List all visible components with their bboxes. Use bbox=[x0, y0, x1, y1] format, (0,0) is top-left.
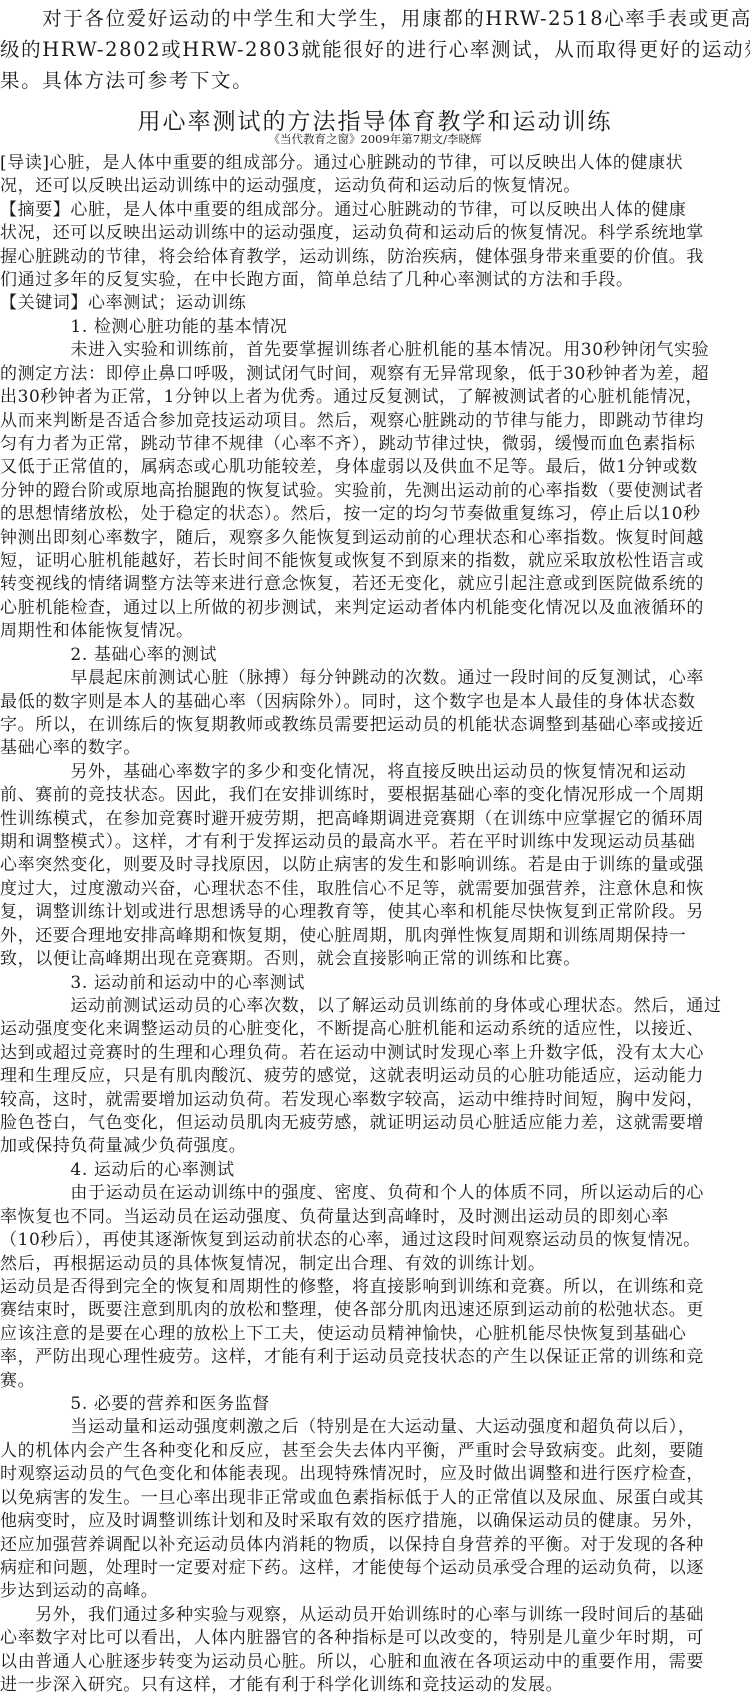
body-line: 步达到运动的高峰。 bbox=[0, 1578, 158, 1604]
body-line: 未进入实验和训练前，首先要掌握训练者心脏机能的基本情况。用30秒钟闭气实验 bbox=[0, 337, 709, 363]
body-line: 加或保持负荷量减少负荷强度。 bbox=[0, 1133, 246, 1159]
body-line: 心脏机能检查，通过以上所做的初步测试，来判定运动者体内机能变化情况以及血液循环的 bbox=[0, 595, 704, 621]
body-line: 由于运动员在运动训练中的强度、密度、负荷和个人的体质不同，所以运动后的心 bbox=[0, 1180, 704, 1206]
body-line: 然后，再根据运动员的具体恢复情况，制定出合理、有效的训练计划。 bbox=[0, 1251, 546, 1277]
body-line: 【关键词】心率测试；运动训练 bbox=[0, 290, 246, 316]
body-line: 性训练模式，在参加竞赛时避开疲劳期，把高峰期调进竞赛期（在训练中应掌握它的循环周 bbox=[0, 806, 704, 832]
body-line: 短，证明心脏机能越好，若长时间不能恢复或恢复不到原来的指数，就应采取放松性语言或 bbox=[0, 548, 704, 574]
body-line: 赛结束时，既要注意到肌肉的放松和整理，使各部分肌肉迅速还原到运动前的松弛状态。更 bbox=[0, 1297, 704, 1323]
body-line: 理和生理反应，只是有肌肉酸沉、疲劳的感觉，这就表明运动员的心脏功能适应，运动能力 bbox=[0, 1063, 704, 1089]
body-line: 从而来判断是否适合参加竞技运动项目。然后，观察心脏跳动的节律与能力，即跳动节律均 bbox=[0, 408, 704, 434]
body-line: 时观察运动员的气色变化和体能表现。出现特殊情况时，应及时做出调整和进行医疗检查， bbox=[0, 1461, 704, 1487]
body-line: 匀有力者为正常，跳动节律不规律（心率不齐），跳动节律过快，微弱，缓慢而血色素指标 bbox=[0, 431, 696, 457]
body-line: 当运动量和运动强度刺激之后（特别是在大运动量、大运动强度和超负荷以后）， bbox=[0, 1414, 696, 1440]
body-line: 状况，还可以反映出运动训练中的运动强度，运动负荷和运动后的恢复情况。科学系统地掌 bbox=[0, 220, 704, 246]
body-line: 分钟的蹬台阶或原地高抬腿跑的恢复试验。实验前，先测出运动前的心率指数（要使测试者 bbox=[0, 478, 704, 504]
body-line: 周期性和体能恢复情况。 bbox=[0, 618, 194, 644]
body-line: 应该注意的是要在心理的放松上下工夫，使运动员精神愉快，心脏机能尽快恢复到基础心 bbox=[0, 1321, 686, 1347]
body-line: 较高，这时，就需要增加运动负荷。若发现心率数字较高，运动中维持时间短，胸中发闷， bbox=[0, 1087, 704, 1113]
body-line: 还应加强营养调配以补充运动员体内消耗的物质，以保持自身营养的平衡。对于发现的各种 bbox=[0, 1532, 704, 1558]
body-line: （10秒后），再使其逐渐恢复到运动前状态的心率，通过这段时间观察运动员的恢复情况… bbox=[0, 1227, 701, 1253]
body-line: 基础心率的数字。 bbox=[0, 735, 141, 761]
body-line: 度过大，过度激动兴奋，心理状态不佳，取胜信心不足等，就需要加强营养，注意休息和恢 bbox=[0, 876, 704, 902]
body-line: 运动强度变化来调整运动员的心脏变化，不断提高心脏机能和运动系统的适应性，以接近、 bbox=[0, 1016, 704, 1042]
body-line: 外，还要合理地安排高峰期和恢复期，使心脏周期，肌肉弹性恢复周期和训练周期保持一 bbox=[0, 923, 686, 949]
intro-line: 级的HRW-2802或HRW-2803就能很好的进行心率测试，从而取得更好的运动… bbox=[0, 35, 750, 65]
body-line: 4. 运动后的心率测试 bbox=[0, 1157, 235, 1183]
body-line: 率，严防出现心理性疲劳。这样，才能有利于运动员竞技状态的产生以保证正常的训练和竞 bbox=[0, 1344, 704, 1370]
body-line: 的测定方法：即停止鼻口呼吸，测试闭气时间，观察有无异常现象，低于30秒钟者为差，… bbox=[0, 361, 709, 387]
body-line: 转变视线的情绪调整方法等来进行意念恢复，若还无变化，就应引起注意或到医院做系统的 bbox=[0, 571, 704, 597]
body-line: 运动员是否得到完全的恢复和周期性的修整，将直接影响到训练和竞赛。所以，在训练和竞 bbox=[0, 1274, 704, 1300]
body-line: 3. 运动前和运动中的心率测试 bbox=[0, 970, 305, 996]
body-line: 以免病害的发生。一旦心率出现非正常或血色素指标低于人的正常值以及尿血、尿蛋白或其 bbox=[0, 1485, 704, 1511]
body-line: 【摘要】心脏，是人体中重要的组成部分。通过心脏跳动的节律，可以反映出人体的健康 bbox=[0, 197, 686, 223]
body-line: 心率突然变化，则要及时寻找原因，以防止病害的发生和影响训练。若是由于训练的量或强 bbox=[0, 852, 704, 878]
body-line: 人的机体内会产生各种变化和反应，甚至会失去体内平衡，严重时会导致病变。此刻，要随 bbox=[0, 1438, 704, 1464]
body-line: 致，以便让高峰期出现在竞赛期。否则，就会直接影响正常的训练和比赛。 bbox=[0, 946, 581, 972]
body-line: 运动前测试运动员的心率次数，以了解运动员训练前的身体或心理状态。然后，通过 bbox=[0, 993, 722, 1019]
body-line: 握心脏跳动的节律，将会给体育教学，运动训练，防治疾病，健体强身带来重要的价值。我 bbox=[0, 244, 704, 270]
body-line: 早晨起床前测试心脏（脉搏）每分钟跳动的次数。通过一段时间的反复测试，心率 bbox=[0, 665, 704, 691]
body-line: 以由普通人心脏逐步转变为运动员心脏。所以，心脏和血液在各项运动中的重要作用，需要 bbox=[0, 1649, 704, 1675]
intro-line: 对于各位爱好运动的中学生和大学生，用康都的HRW-2518心率手表或更高 bbox=[0, 4, 750, 34]
body-line: 们通过多年的反复实验，在中长跑方面，简单总结了几种心率测试的方法和手段。 bbox=[0, 267, 634, 293]
intro-line: 果。具体方法可参考下文。 bbox=[0, 66, 253, 96]
body-line: 2. 基础心率的测试 bbox=[0, 642, 217, 668]
body-line: 他病变时，应及时调整训练计划和及时采取有效的医疗措施，以确保运动员的健康。另外， bbox=[0, 1508, 704, 1534]
body-line: 另外，基础心率数字的多少和变化情况，将直接反映出运动员的恢复情况和运动 bbox=[0, 759, 686, 785]
body-line: 复，调整训练计划或进行思想诱导的心理教育等，使其心率和机能尽快恢复到正常阶段。另 bbox=[0, 899, 704, 925]
body-line: 期和调整模式）。这样，才有利于发挥运动员的最高水平。若在平时训练中发现运动员基础 bbox=[0, 829, 696, 855]
body-line: 又低于正常值的，属病态或心肌功能较差，身体虚弱以及供血不足等。最后，做1分钟或数 bbox=[0, 454, 698, 480]
body-line: 最低的数字则是本人的基础心率（因病除外）。同时，这个数字也是本人最佳的身体状态数 bbox=[0, 689, 696, 715]
body-line: 进一步深入研究。只有这样，才能有利于科学化训练和竞技运动的发展。 bbox=[0, 1672, 563, 1698]
body-line: 1. 检测心脏功能的基本情况 bbox=[0, 314, 287, 340]
body-line: 字。所以，在训练后的恢复期教师或教练员需要把运动员的机能状态调整到基础心率或接近 bbox=[0, 712, 704, 738]
article-source: 《当代教育之窗》2009年第7期文/李晓辉 bbox=[0, 131, 750, 147]
body-line: 另外，我们通过多种实验与观察，从运动员开始训练时的心率与训练一段时间后的基础 bbox=[0, 1602, 704, 1628]
body-line: 脸色苍白，气色变化，但运动员肌肉无疲劳感，就证明运动员心脏适应能力差，这就需要增 bbox=[0, 1110, 704, 1136]
body-line: 5. 必要的营养和医务监督 bbox=[0, 1391, 270, 1417]
body-line: 赛。 bbox=[0, 1368, 35, 1394]
body-line: 钟测出即刻心率数字，随后，观察多久能恢复到运动前的心理状态和心率指数。恢复时间越 bbox=[0, 525, 704, 551]
body-line: 率恢复也不同。当运动员在运动强度、负荷量达到高峰时，及时测出运动员的即刻心率 bbox=[0, 1204, 669, 1230]
body-line: [导读]心脏，是人体中重要的组成部分。通过心脏跳动的节律，可以反映出人体的健康状 bbox=[0, 150, 683, 176]
body-line: 前、赛前的竞技状态。因此，我们在安排训练时，要根据基础心率的变化情况形成一个周期 bbox=[0, 782, 704, 808]
body-line: 达到或超过竞赛时的生理和心理负荷。若在运动中测试时发现心率上升数字低，没有太大心 bbox=[0, 1040, 704, 1066]
body-line: 出30秒钟者为正常，1分钟以上者为优秀。通过反复测试，了解被测试者的心脏机能情况… bbox=[0, 384, 703, 410]
body-line: 的思想情绪放松，处于稳定的状态）。然后，按一定的均匀节奏做重复练习，停止后以10… bbox=[0, 501, 701, 527]
body-line: 心率数字对比可以看出，人体内脏器官的各种指标是可以改变的，特别是儿童少年时期，可 bbox=[0, 1625, 704, 1651]
body-line: 况，还可以反映出运动训练中的运动强度，运动负荷和运动后的恢复情况。 bbox=[0, 173, 581, 199]
body-line: 病症和问题，处理时一定要对症下药。这样，才能使每个运动员承受合理的运动负荷，以逐 bbox=[0, 1555, 704, 1581]
